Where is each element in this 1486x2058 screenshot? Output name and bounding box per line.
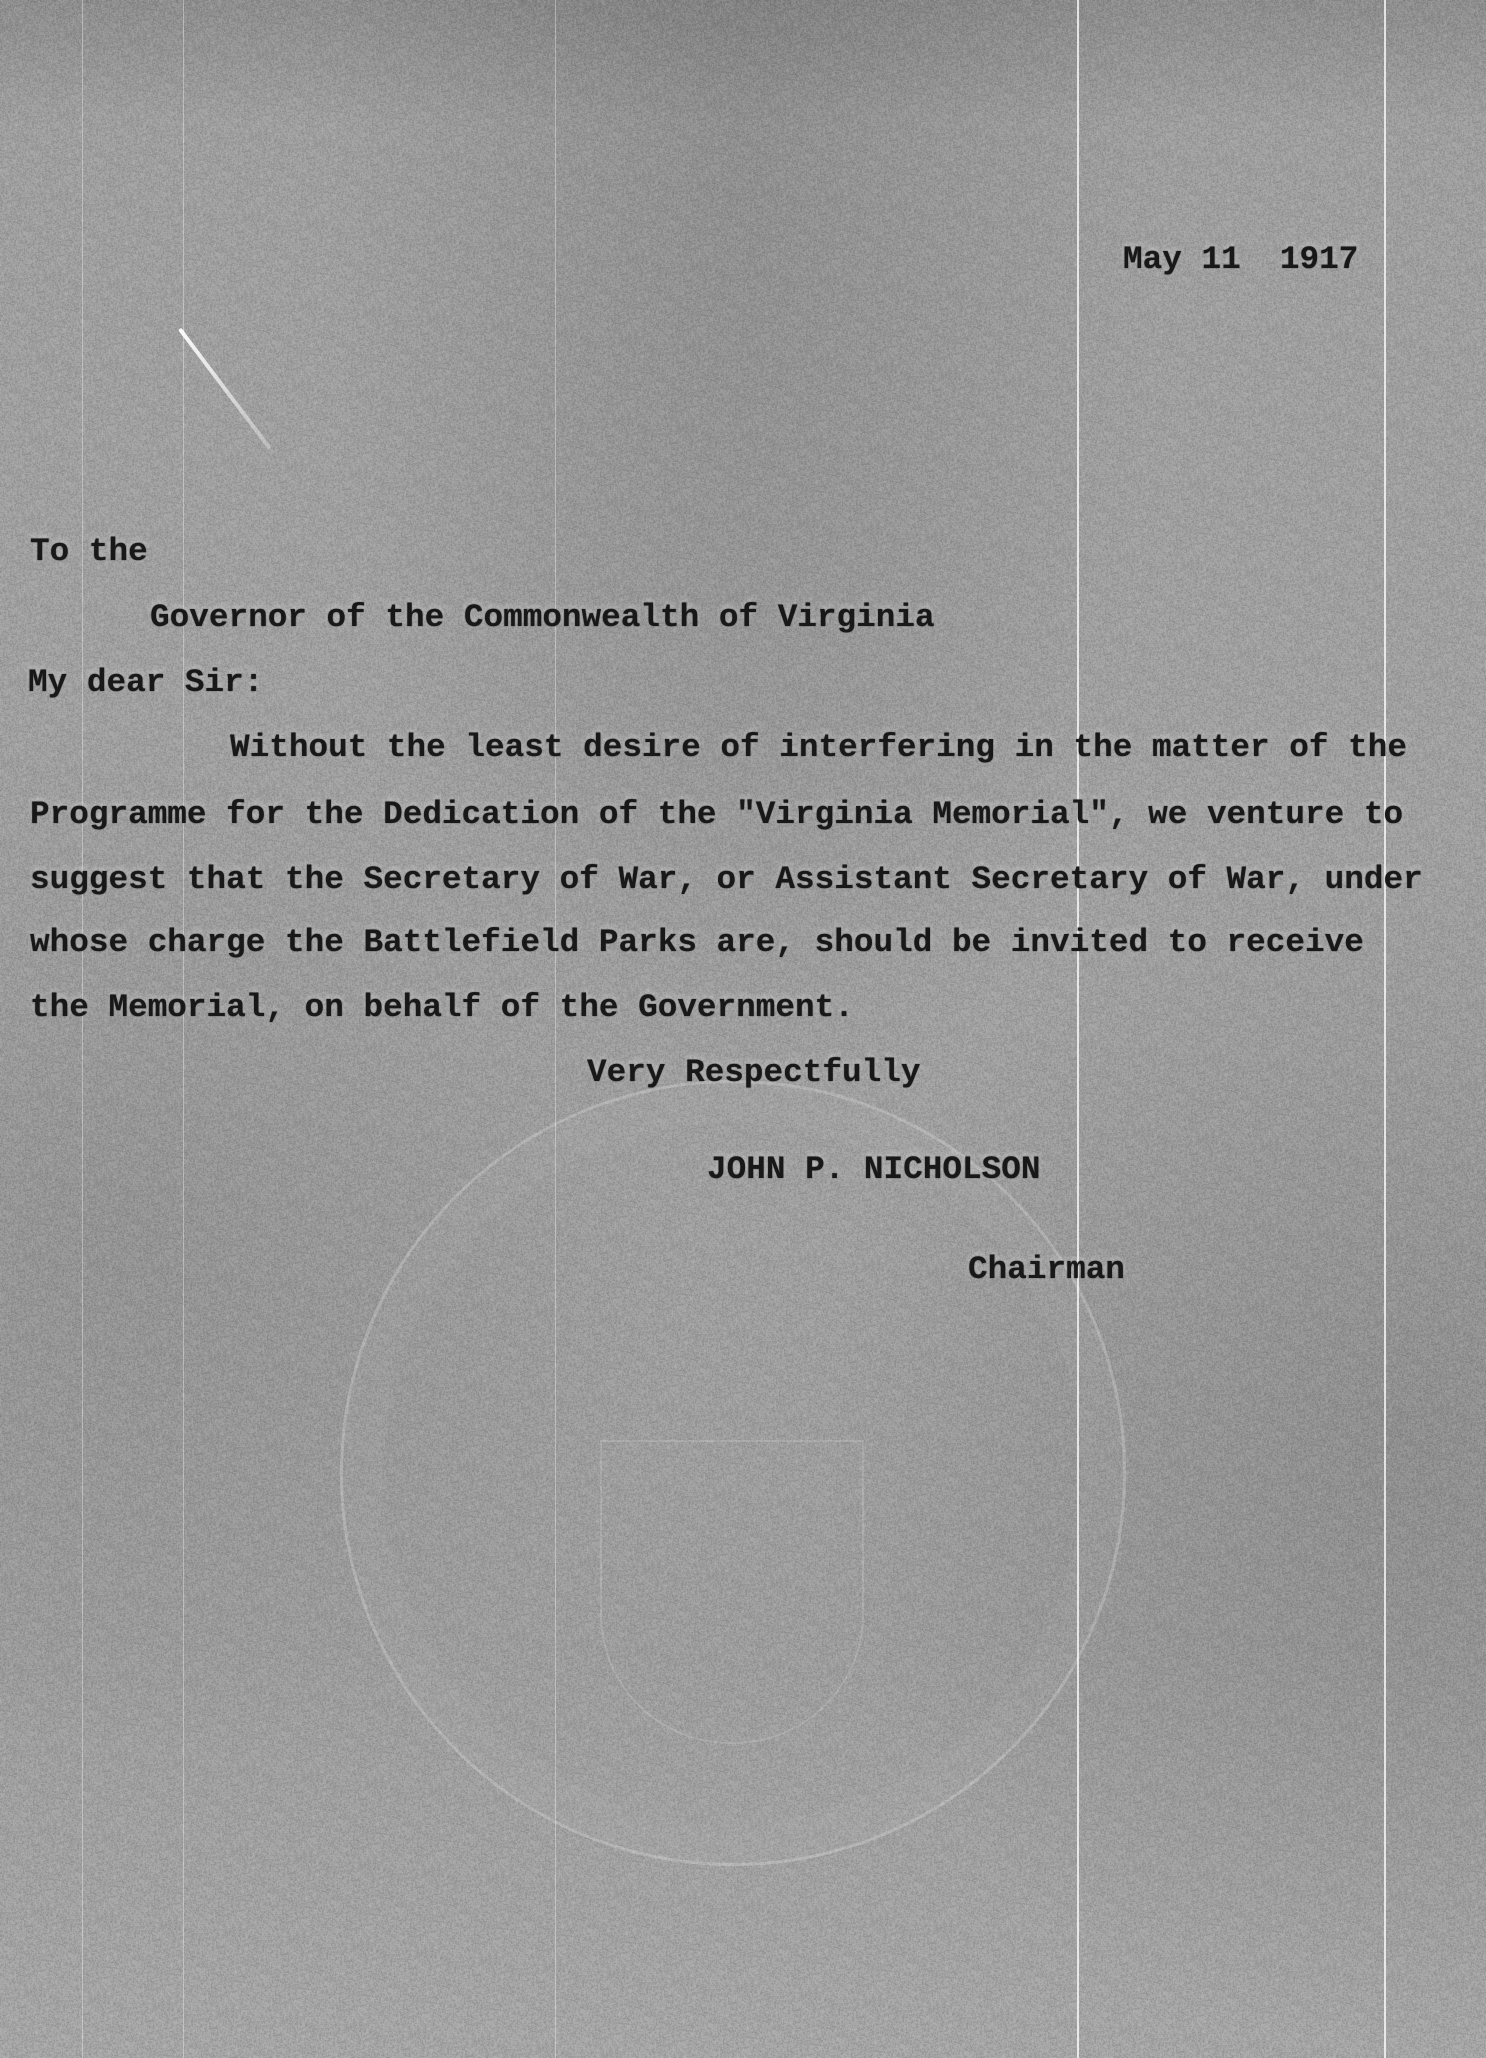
salutation-to: To the [30, 532, 148, 572]
body-line: Without the least desire of interfering … [230, 728, 1407, 768]
recipient: Governor of the Commonwealth of Virginia [150, 598, 935, 638]
scan-scratch [82, 0, 83, 2058]
body-line: Programme for the Dedication of the "Vir… [30, 795, 1403, 835]
scan-scratch [183, 0, 184, 2058]
letter-date: May 11 1917 [1123, 240, 1358, 280]
diagonal-scratch [178, 328, 271, 450]
seal-shield-icon [600, 1440, 864, 1744]
closing: Very Respectfully [587, 1053, 920, 1093]
scan-scratch [1077, 0, 1079, 2058]
body-line: suggest that the Secretary of War, or As… [30, 860, 1423, 900]
scan-scratch [1384, 0, 1386, 2058]
letter-page: May 11 1917 To the Governor of the Commo… [0, 0, 1486, 2058]
signature-name: JOHN P. NICHOLSON [707, 1150, 1040, 1190]
body-line: whose charge the Battlefield Parks are, … [30, 923, 1364, 963]
greeting: My dear Sir: [28, 663, 263, 703]
signature-title: Chairman [968, 1250, 1125, 1290]
body-line: the Memorial, on behalf of the Governmen… [30, 988, 854, 1028]
